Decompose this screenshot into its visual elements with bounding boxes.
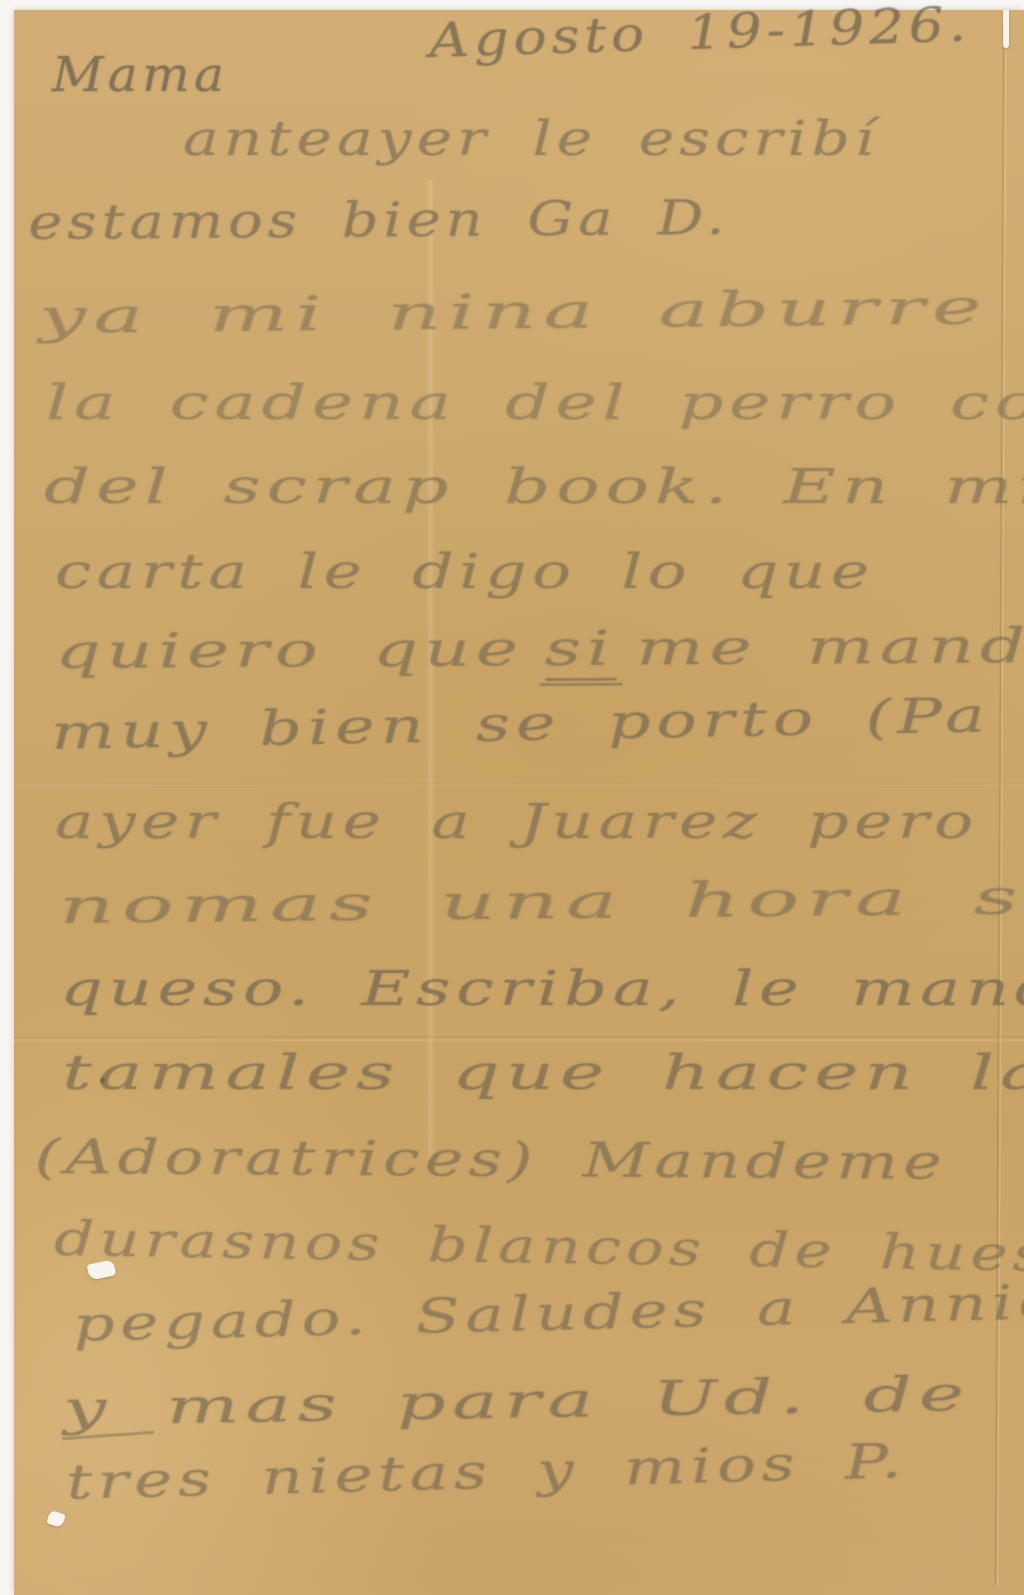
letter-line: nomas una hora se [58,870,1024,935]
letter-line: pegado. Saludes a Annie [72,1275,1024,1353]
scanned-letter: Agosto 19-1926. Mama anteayer le escribí… [0,0,1024,1595]
letter-line-with-underline: quiero quesime mande [55,619,1024,680]
letter-date: Agosto 19-1926. [428,0,972,69]
letter-line: ayer fue a Juarez pero [55,795,979,850]
letter-line: tamales que hacen las [62,1046,1024,1101]
letter-line: muy bien se porto (Pa Ju [50,686,1024,761]
letter-line: (Adoratrices) Mandeme [34,1130,947,1191]
letter-line: anteayer le escribí [183,112,879,167]
fold-crease-horizontal-upper [14,782,1024,787]
letter-paper: Agosto 19-1926. Mama anteayer le escribí… [14,10,1024,1595]
paper-tear [46,1510,66,1529]
letter-salutation: Mama [52,48,228,103]
fold-crease-horizontal-middle [14,1035,1024,1042]
letter-line: durasnos blancos de hueso [53,1212,1024,1284]
letter-line: estamos bien Ga D. [28,191,730,251]
letter-line: y mas para Ud. de sus [62,1364,1024,1437]
letter-line: ya mi nina aburre por [38,278,1024,345]
line-text-pre: quiero que [55,621,524,680]
letter-line: tres nietas y mios P. [65,1434,908,1511]
letter-line: la cadena del perro con [46,376,1024,431]
paper-tear [1003,10,1009,48]
underlined-word: si [544,621,616,681]
fold-crease-vertical-right [994,25,1007,1585]
letter-line: queso. Escriba, le mande [60,962,1024,1017]
letter-line: carta le digo lo que [55,545,875,600]
line-text-post: me mande [636,618,1024,677]
letter-line: del scrap book. En mi [44,460,1024,515]
